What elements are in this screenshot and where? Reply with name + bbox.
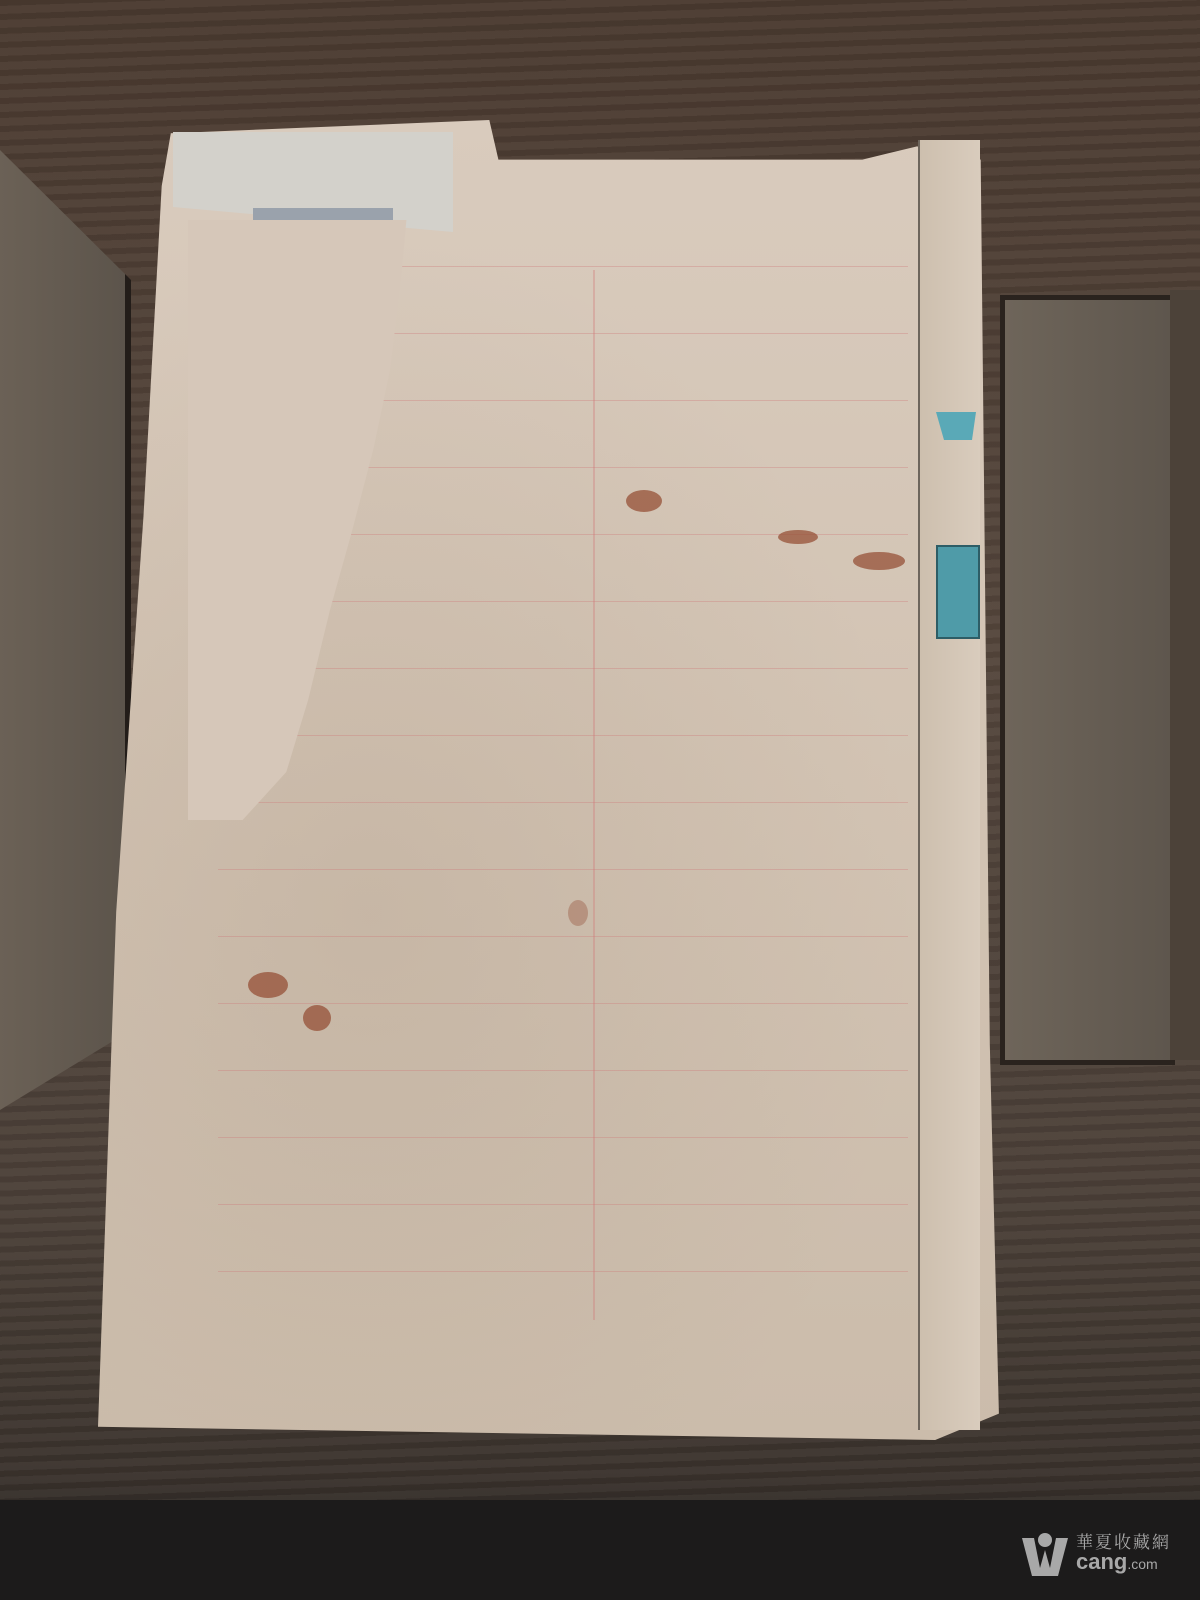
- cang-logo-icon: [1020, 1528, 1070, 1578]
- table-edge-right: [1170, 290, 1200, 1060]
- stain: [303, 1005, 331, 1031]
- watermark-site: cang.com: [1076, 1551, 1171, 1573]
- table-inlay-right: [1000, 295, 1175, 1065]
- spine-label-middle: [936, 545, 980, 639]
- exposed-inner-page: [253, 208, 393, 220]
- stain: [568, 900, 588, 926]
- stain: [853, 552, 905, 570]
- site-watermark: 華夏收藏網 cang.com: [1020, 1528, 1171, 1578]
- book-spine-binding: [918, 140, 980, 1430]
- stain: [626, 490, 662, 512]
- old-book: [98, 120, 1008, 1440]
- stain: [248, 972, 288, 998]
- stain: [778, 530, 818, 544]
- center-fold-line: [593, 270, 595, 1320]
